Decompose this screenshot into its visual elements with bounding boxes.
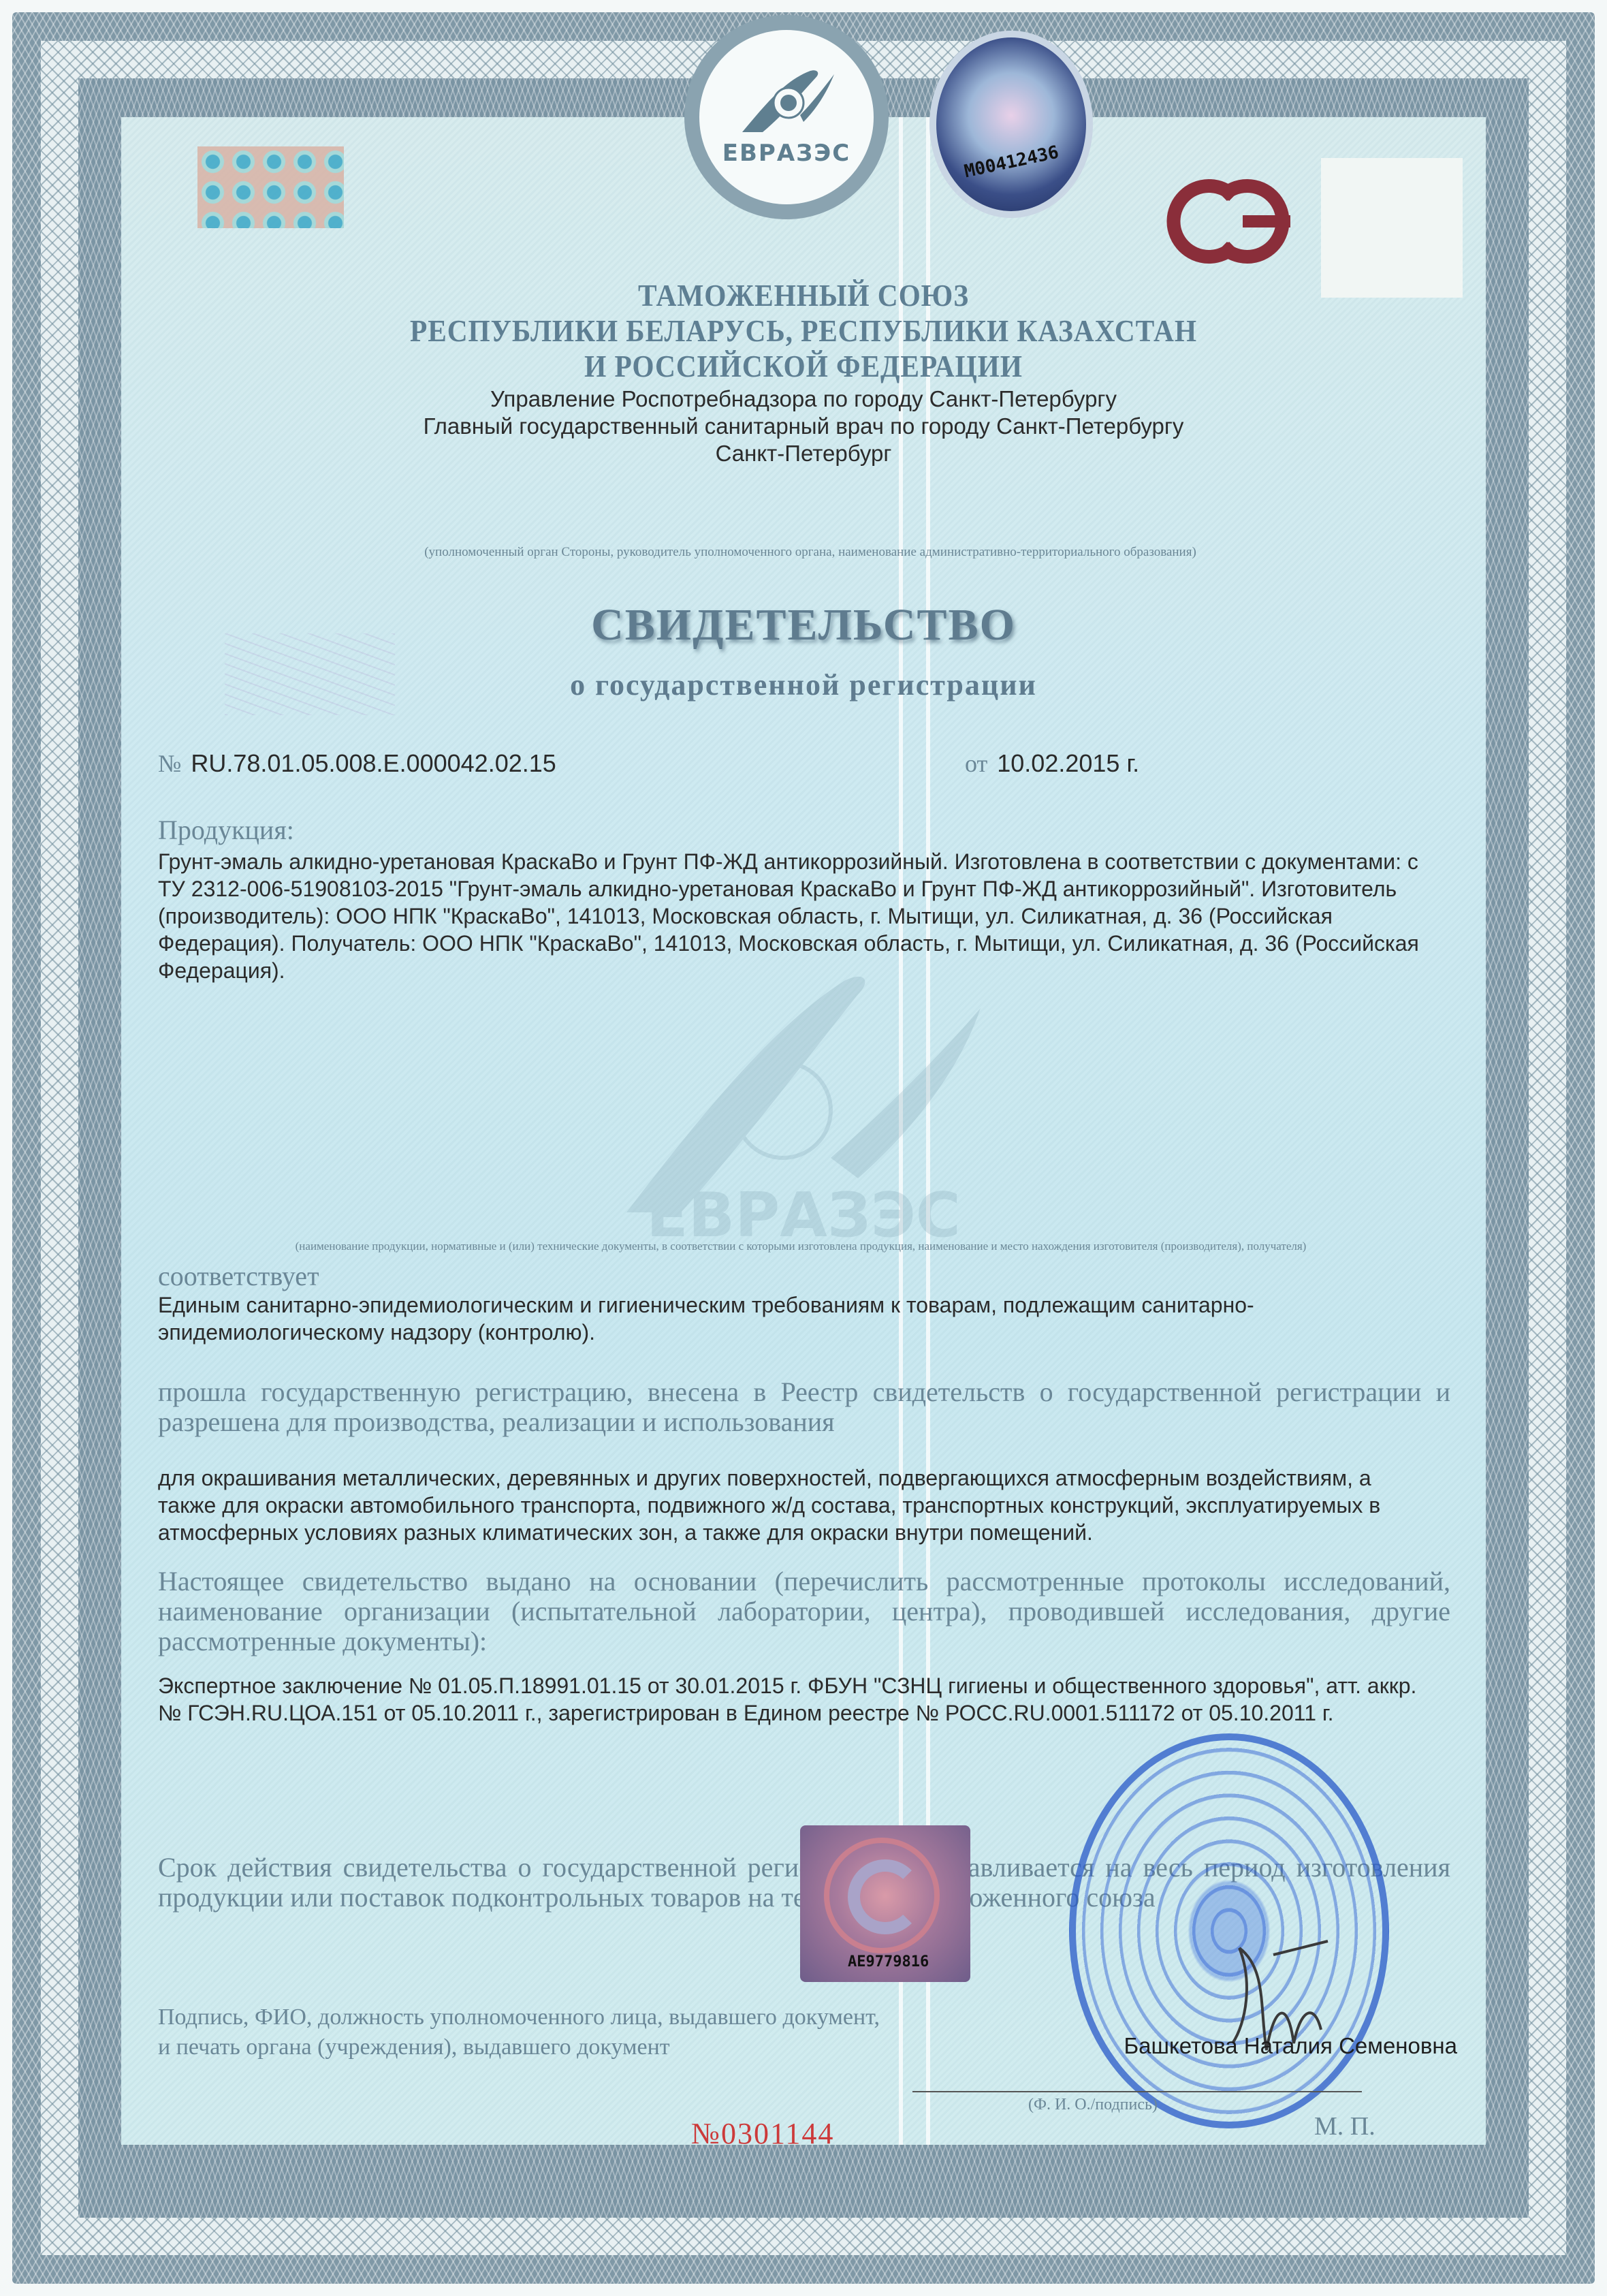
certificate-subtitle: о государственной регистрации (0, 667, 1607, 702)
hologram-logo-icon (848, 1859, 923, 1934)
evrazes-emblem: ЕВРАЗЭС (684, 15, 889, 219)
issuing-authority: Управление Роспотребнадзора по городу Са… (0, 386, 1607, 467)
product-caption: (наименование продукции, нормативные и (… (158, 1240, 1444, 1253)
registration-statement: прошла государственную регистрацию, внес… (158, 1377, 1450, 1437)
registration-date: от10.02.2015 г. (965, 749, 1139, 778)
signatory-caption: Подпись, ФИО, должность уполномоченного … (158, 2002, 880, 2062)
hologram-sticker-top: M00412436 (929, 31, 1093, 218)
heading-line-3: И РОССИЙСКОЙ ФЕДЕРАЦИИ (80, 349, 1527, 384)
form-serial-number: №0301144 (691, 2116, 834, 2151)
registration-row: №RU.78.01.05.008.Е.000042.02.15 от10.02.… (158, 749, 1449, 783)
product-label: Продукция: (158, 814, 294, 846)
authority-line-3: Санкт-Петербург (0, 440, 1607, 467)
date-label: от (965, 750, 987, 777)
stamp-place-label: М. П. (1314, 2111, 1375, 2141)
certificate-title: СВИДЕТЕЛЬСТВО (0, 599, 1607, 651)
number-label: № (158, 750, 181, 777)
signature-line-caption: (Ф. И. О./подпись) (1028, 2096, 1158, 2114)
hologram-strip (197, 146, 344, 228)
authority-caption: (уполномоченный орган Стороны, руководит… (259, 545, 1362, 560)
conformity-mark-icon (1158, 177, 1301, 266)
hologram-sticker-bottom: AE9779816 (800, 1825, 970, 1982)
compliance-text: Единым санитарно-эпидемиологическим и ги… (158, 1291, 1423, 1346)
compliance-label: соответствует (158, 1260, 319, 1292)
heading-line-2: РЕСПУБЛИКИ БЕЛАРУСЬ, РЕСПУБЛИКИ КАЗАХСТА… (80, 313, 1527, 349)
authority-line-2: Главный государственный санитарный врач … (0, 413, 1607, 440)
heading-line-1: ТАМОЖЕННЫЙ СОЮЗ (80, 278, 1527, 313)
basis-statement: Настоящее свидетельство выдано на основа… (158, 1567, 1450, 1656)
usage-scope: для окрашивания металлических, деревянны… (158, 1464, 1423, 1546)
product-description: Грунт-эмаль алкидно-уретановая КраскаВо … (158, 848, 1423, 984)
number-value: RU.78.01.05.008.Е.000042.02.15 (191, 749, 556, 777)
svg-text:ЕВРАЗЭС: ЕВРАЗЭС (646, 1180, 961, 1240)
hologram-serial: AE9779816 (848, 1953, 929, 1970)
signature-line (912, 2091, 1362, 2092)
registration-number: №RU.78.01.05.008.Е.000042.02.15 (158, 749, 556, 778)
basis-documents: Экспертное заключение № 01.05.П.18991.01… (158, 1672, 1423, 1727)
hologram-serial: M00412436 (962, 142, 1060, 183)
evrazes-watermark-icon: ЕВРАЗЭС (545, 954, 1062, 1240)
evrazes-logo-icon (735, 67, 838, 136)
date-value: 10.02.2015 г. (997, 749, 1139, 777)
union-heading: ТАМОЖЕННЫЙ СОЮЗ РЕСПУБЛИКИ БЕЛАРУСЬ, РЕС… (0, 278, 1607, 384)
watermark-area (1321, 158, 1463, 298)
authority-line-1: Управление Роспотребнадзора по городу Са… (0, 386, 1607, 413)
evrazes-label: ЕВРАЗЭС (722, 140, 850, 167)
signer-name: Башкетова Наталия Семеновна (1124, 2033, 1457, 2059)
